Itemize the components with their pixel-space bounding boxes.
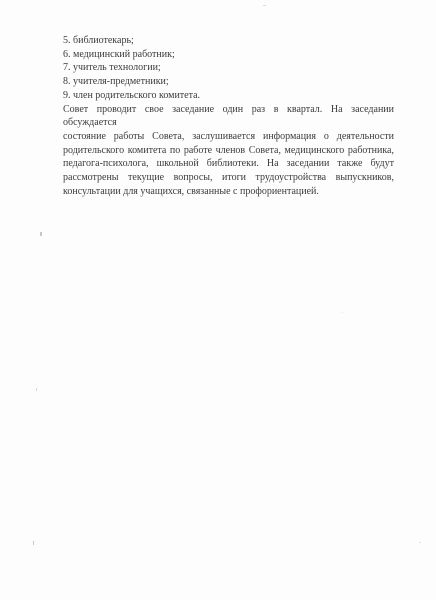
scan-speck <box>33 541 34 545</box>
scan-speck <box>263 5 266 6</box>
paragraph-line: состояние работы Совета, заслушивается и… <box>63 130 394 144</box>
body-paragraph: Совет проводит свое заседание один раз в… <box>63 103 394 199</box>
list-item: 8. учителя-предметники; <box>63 75 394 89</box>
scan-speck <box>40 232 42 236</box>
paragraph-line: родительского комитета по работе членов … <box>63 144 394 158</box>
list-item: 9. член родительского комитета. <box>63 89 394 103</box>
scan-speck <box>342 312 343 313</box>
paragraph-line: педагога-психолога, школьной библиотеки.… <box>63 157 394 171</box>
numbered-list: 5. библиотекарь;6. медицинский работник;… <box>63 34 394 103</box>
scan-speck <box>36 388 37 391</box>
document-text-block: 5. библиотекарь;6. медицинский работник;… <box>63 34 394 198</box>
paragraph-line: консультации для учащихся, связанные с п… <box>63 185 394 199</box>
list-item: 6. медицинский работник; <box>63 48 394 62</box>
scan-speck <box>419 542 421 543</box>
list-item: 5. библиотекарь; <box>63 34 394 48</box>
list-item: 7. учитель технологии; <box>63 61 394 75</box>
paragraph-line: рассмотрены текущие вопросы, итоги трудо… <box>63 171 394 185</box>
scanned-document-page: 5. библиотекарь;6. медицинский работник;… <box>0 0 436 600</box>
paragraph-line: Совет проводит свое заседание один раз в… <box>63 103 394 130</box>
